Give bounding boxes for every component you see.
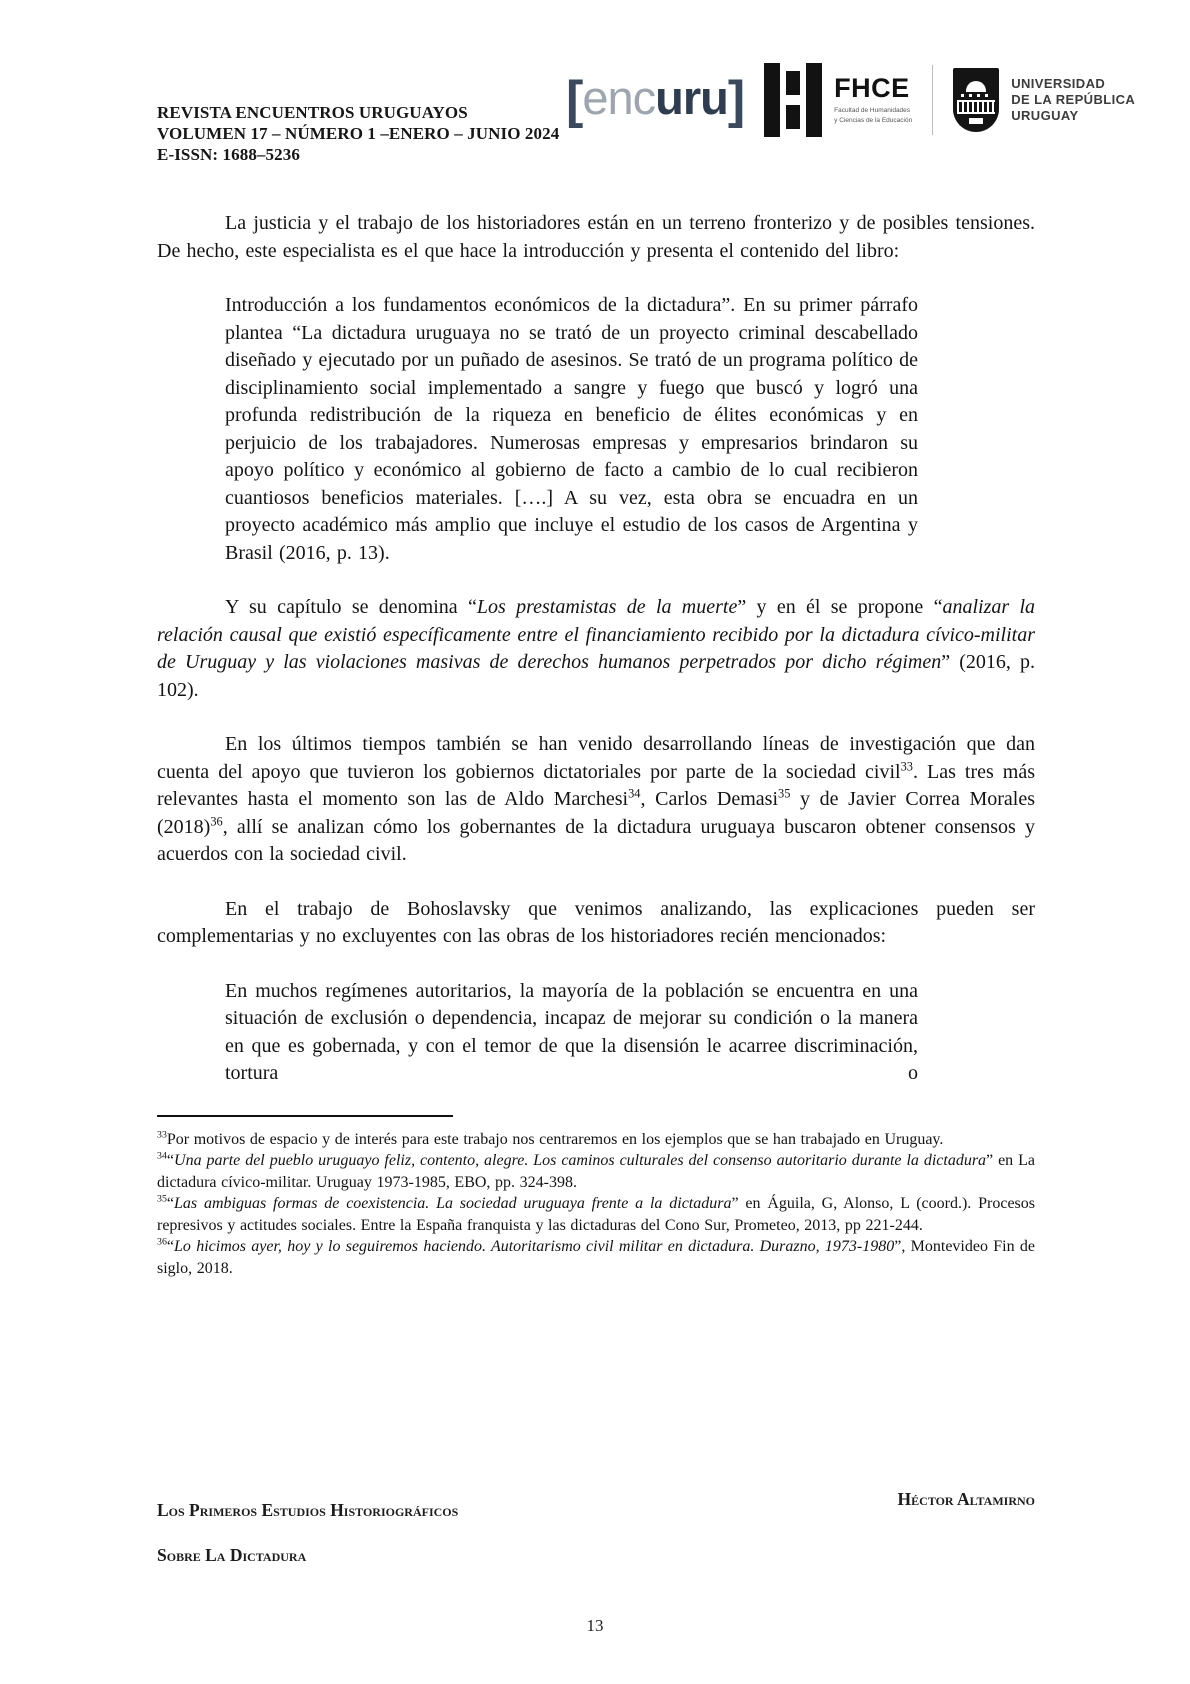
encuru-logo-text-bold: uru bbox=[655, 71, 728, 124]
encuru-bracket-open: [ bbox=[566, 71, 582, 129]
fhce-acronym: FHCE bbox=[834, 75, 912, 102]
udelar-line1: UNIVERSIDAD bbox=[1011, 76, 1135, 92]
footnote-33-marker: 33 bbox=[157, 1129, 167, 1140]
udelar-shield-icon bbox=[953, 68, 999, 132]
running-footer: Los Primeros Estudios Historiográficos S… bbox=[157, 1488, 1035, 1578]
footnote-35-open-quote: “ bbox=[167, 1195, 174, 1212]
journal-info: REVISTA ENCUENTROS URUGUAYOS VOLUMEN 17 … bbox=[157, 102, 559, 165]
paragraph-4: En el trabajo de Bohoslavsky que venimos… bbox=[157, 896, 1035, 951]
fhce-logo-mark-icon bbox=[764, 60, 822, 140]
footnote-separator bbox=[157, 1115, 453, 1117]
footer-article-title-line1: Los Primeros Estudios Historiográficos bbox=[157, 1488, 458, 1533]
block-quote-2: En muchos regímenes autoritarios, la may… bbox=[225, 978, 918, 1088]
paragraph-2-text: Y su capítulo se denomina “ bbox=[225, 596, 477, 618]
fhce-text: FHCE Facultad de Humanidades y Ciencias … bbox=[834, 75, 912, 126]
fhce-bar-left bbox=[764, 63, 780, 137]
footnote-34-marker: 34 bbox=[157, 1151, 167, 1162]
footer-article-title-line2: Sobre La Dictadura bbox=[157, 1533, 458, 1578]
udelar-line2: DE LA REPÚBLICA bbox=[1011, 92, 1135, 108]
paragraph-2: Y su capítulo se denomina “Los prestamis… bbox=[157, 594, 1035, 704]
paragraph-3-text: , Carlos Demasi bbox=[641, 788, 779, 810]
footnote-36: 36“Lo hicimos ayer, hoy y lo seguiremos … bbox=[157, 1236, 1035, 1279]
journal-issn: E-ISSN: 1688–5236 bbox=[157, 144, 559, 165]
fhce-subtitle: Facultad de Humanidades y Ciencias de la… bbox=[834, 106, 912, 126]
footnote-34-title: Una parte del pueblo uruguayo feliz, con… bbox=[174, 1152, 986, 1169]
paragraph-3-text: , allí se analizan cómo los gobernantes … bbox=[157, 816, 1035, 866]
header-logo-divider bbox=[932, 65, 933, 135]
fhce-colon bbox=[786, 71, 800, 129]
footnote-ref-33: 33 bbox=[901, 759, 913, 773]
footnote-ref-36: 36 bbox=[210, 814, 222, 828]
fhce-bar-right bbox=[806, 63, 822, 137]
footnote-33: 33Por motivos de espacio y de interés pa… bbox=[157, 1129, 1035, 1151]
paragraph-3-text: En los últimos tiempos también se han ve… bbox=[157, 733, 1035, 783]
footnote-35-marker: 35 bbox=[157, 1194, 167, 1205]
article-body: La justicia y el trabajo de los historia… bbox=[157, 210, 1035, 1279]
footnote-ref-35: 35 bbox=[778, 786, 790, 800]
footer-article-title: Los Primeros Estudios Historiográficos S… bbox=[157, 1488, 458, 1578]
paragraph-2-text: ” y en él se propone “ bbox=[737, 596, 942, 618]
footnote-36-marker: 36 bbox=[157, 1237, 167, 1248]
paragraph-3: En los últimos tiempos también se han ve… bbox=[157, 731, 1035, 869]
footer-author-name: Héctor Altamirno bbox=[898, 1488, 1035, 1510]
block-quote-1: Introducción a los fundamentos económico… bbox=[225, 292, 918, 567]
paragraph-2-italic-title: Los prestamistas de la muerte bbox=[477, 596, 738, 618]
udelar-text: UNIVERSIDAD DE LA REPÚBLICA URUGUAY bbox=[1011, 76, 1135, 124]
footnote-33-text: Por motivos de espacio y de interés para… bbox=[167, 1131, 944, 1148]
fhce-logo: FHCE Facultad de Humanidades y Ciencias … bbox=[764, 60, 912, 140]
encuru-logo-text-light: enc bbox=[582, 71, 655, 124]
udelar-logo: UNIVERSIDAD DE LA REPÚBLICA URUGUAY bbox=[953, 68, 1135, 132]
journal-title: REVISTA ENCUENTROS URUGUAYOS bbox=[157, 102, 559, 123]
footnote-36-title: Lo hicimos ayer, hoy y lo seguiremos hac… bbox=[174, 1238, 894, 1255]
udelar-line3: URUGUAY bbox=[1011, 108, 1135, 124]
fhce-subtitle-line1: Facultad de Humanidades bbox=[834, 107, 910, 114]
journal-volume-line: VOLUMEN 17 – NÚMERO 1 –ENERO – JUNIO 202… bbox=[157, 123, 559, 144]
footnote-36-open-quote: “ bbox=[167, 1238, 174, 1255]
encuru-logo: [encuru] bbox=[566, 74, 744, 126]
paragraph-1: La justicia y el trabajo de los historia… bbox=[157, 210, 1035, 265]
encuru-bracket-close: ] bbox=[728, 71, 744, 129]
footnote-34: 34“Una parte del pueblo uruguayo feliz, … bbox=[157, 1150, 1035, 1193]
page-number: 13 bbox=[0, 1616, 1190, 1636]
footnote-35-title: Las ambiguas formas de coexistencia. La … bbox=[174, 1195, 731, 1212]
document-page: REVISTA ENCUENTROS URUGUAYOS VOLUMEN 17 … bbox=[0, 0, 1190, 1684]
footnote-34-open-quote: “ bbox=[167, 1152, 174, 1169]
footnotes: 33Por motivos de espacio y de interés pa… bbox=[157, 1129, 1035, 1280]
fhce-subtitle-line2: y Ciencias de la Educación bbox=[834, 117, 912, 124]
header-logos: [encuru] FHCE Facultad de Humanidades y … bbox=[566, 56, 1135, 144]
footnote-ref-34: 34 bbox=[628, 786, 640, 800]
footnote-35: 35“Las ambiguas formas de coexistencia. … bbox=[157, 1193, 1035, 1236]
